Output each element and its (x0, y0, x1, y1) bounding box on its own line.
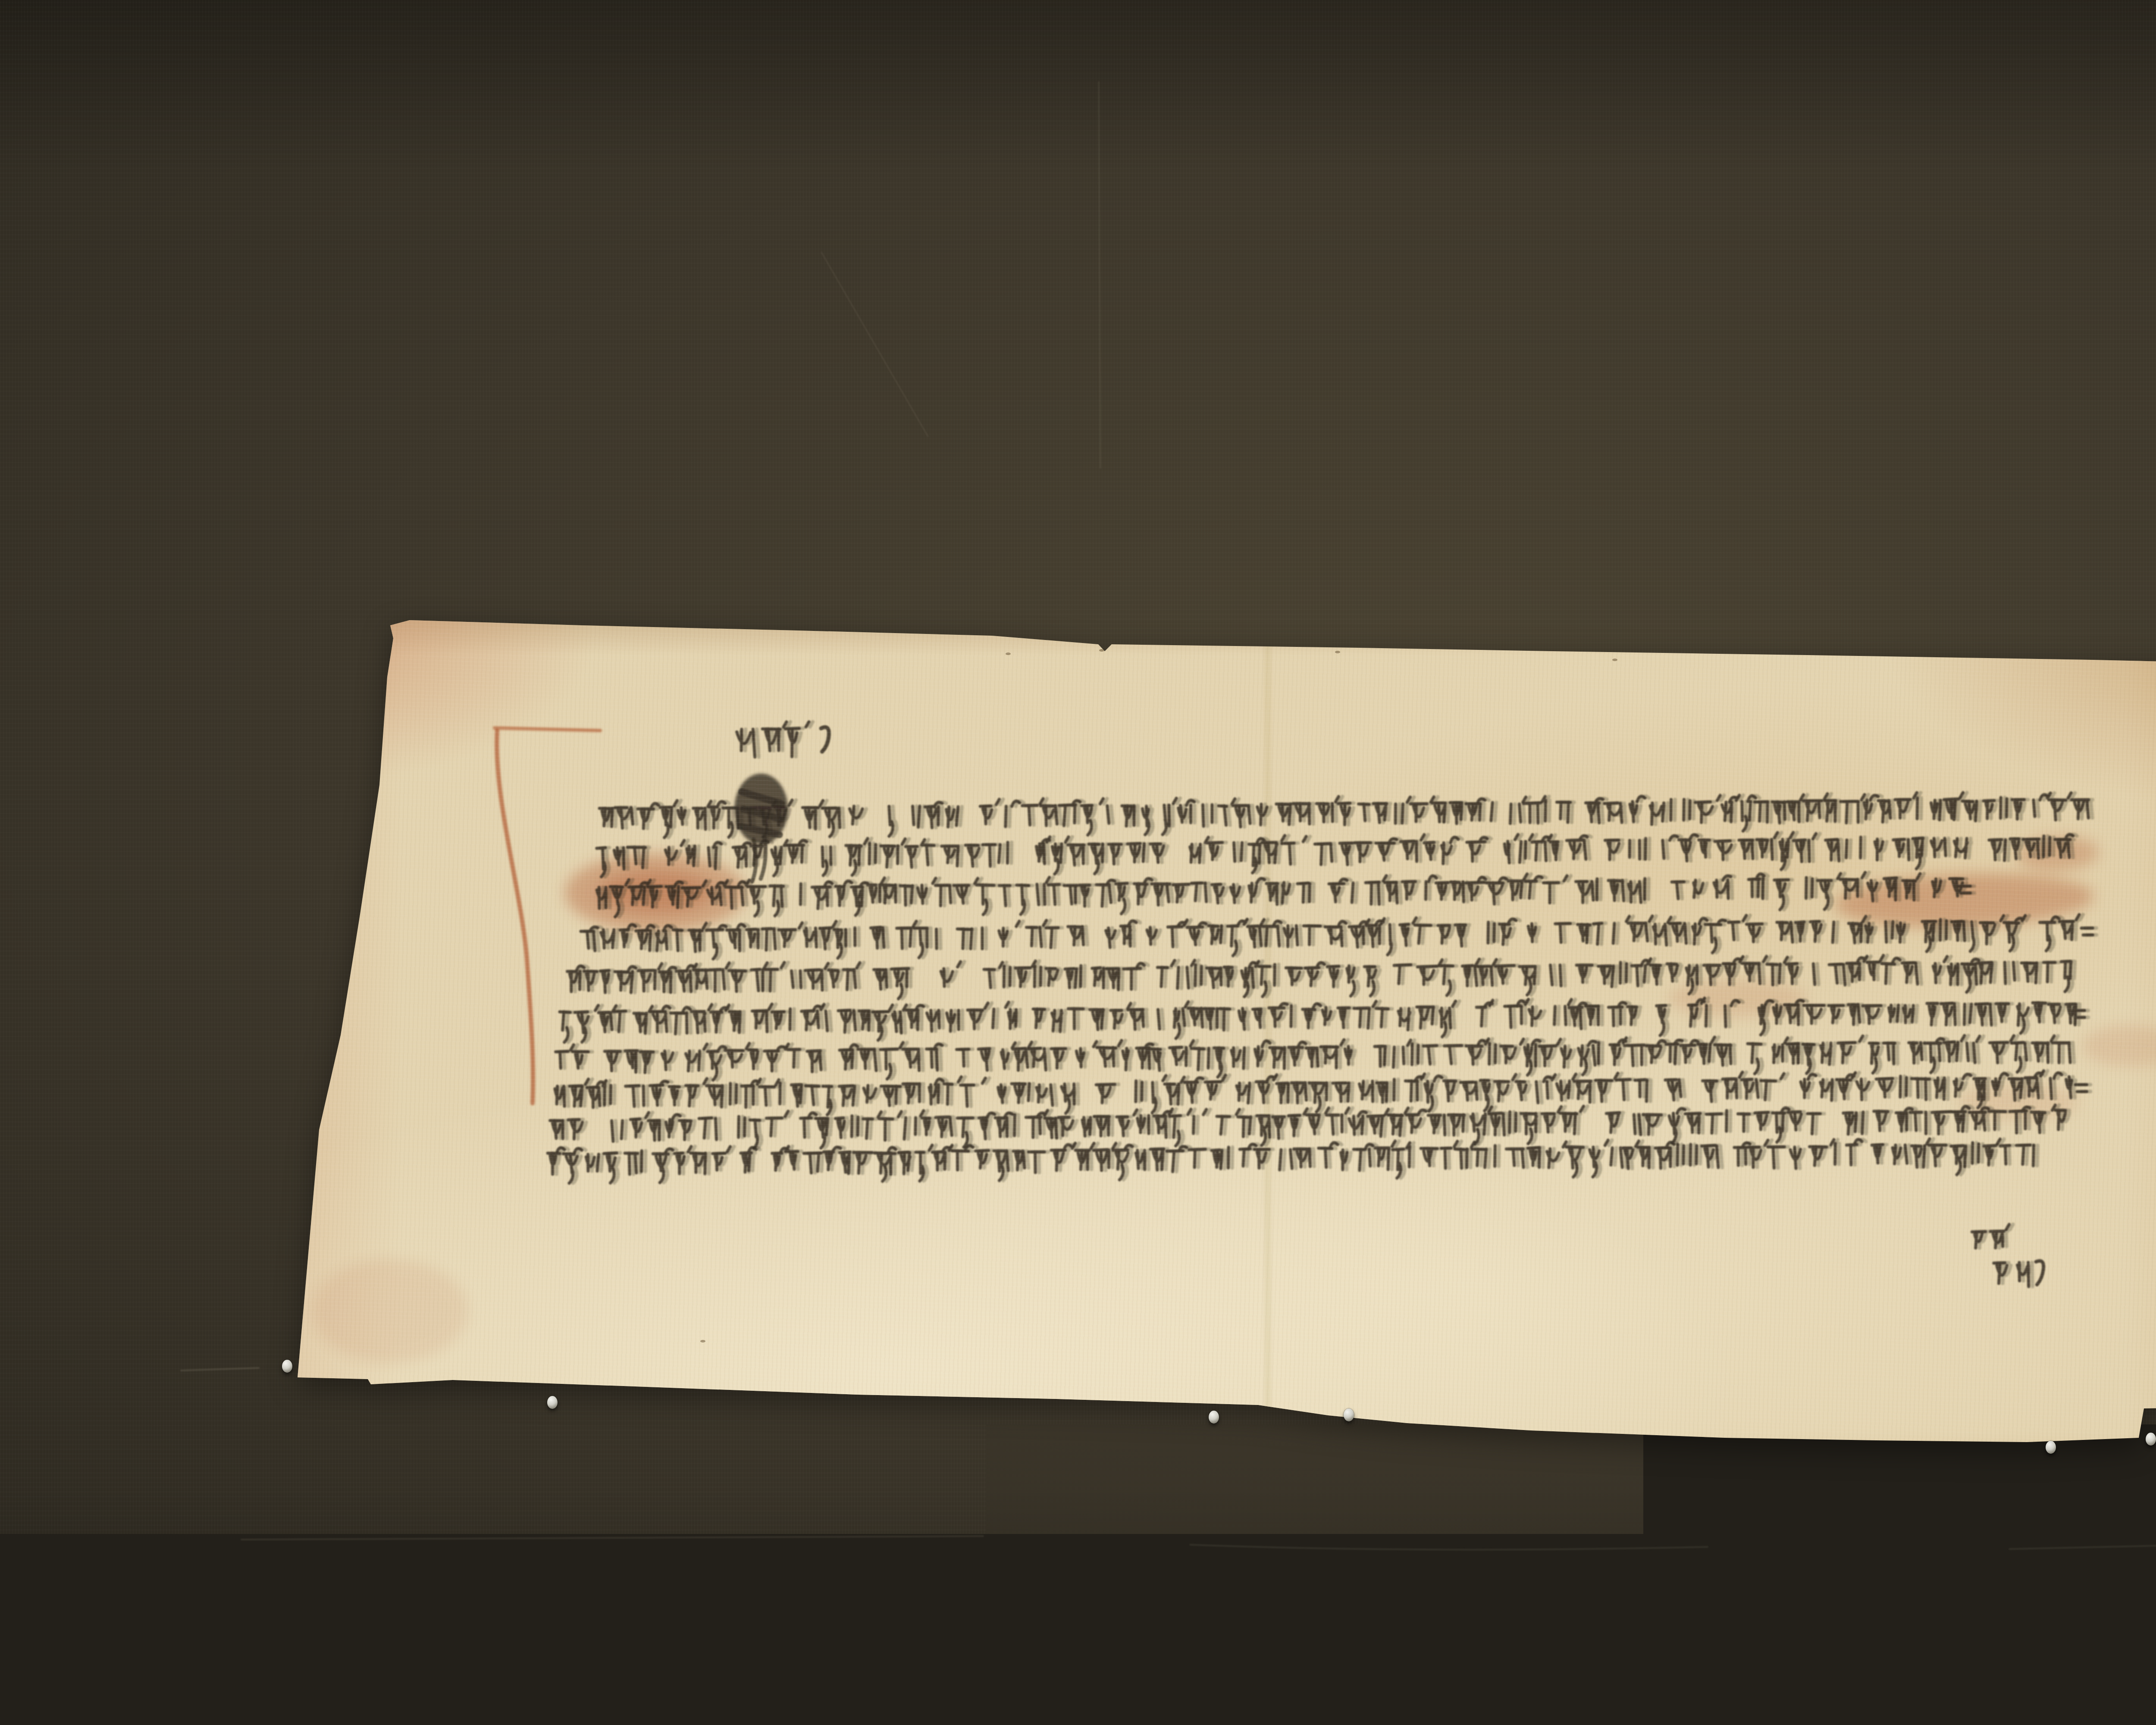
pushpin (1344, 1408, 1354, 1421)
pushpin (547, 1396, 558, 1409)
pushpin (1209, 1411, 1219, 1424)
photo-backdrop-board: কদ্রব ১ ম ১ মন্ত্রমুক্তবাচ ইতিহাসপর্ব্বন… (0, 0, 2156, 1725)
manuscript-paper (280, 612, 2156, 1475)
pushpin (282, 1360, 292, 1373)
manuscript-page (280, 612, 2156, 1475)
pushpin (2046, 1441, 2056, 1454)
manuscript-writing-layer (280, 612, 2156, 1475)
pushpin (2146, 1433, 2156, 1446)
